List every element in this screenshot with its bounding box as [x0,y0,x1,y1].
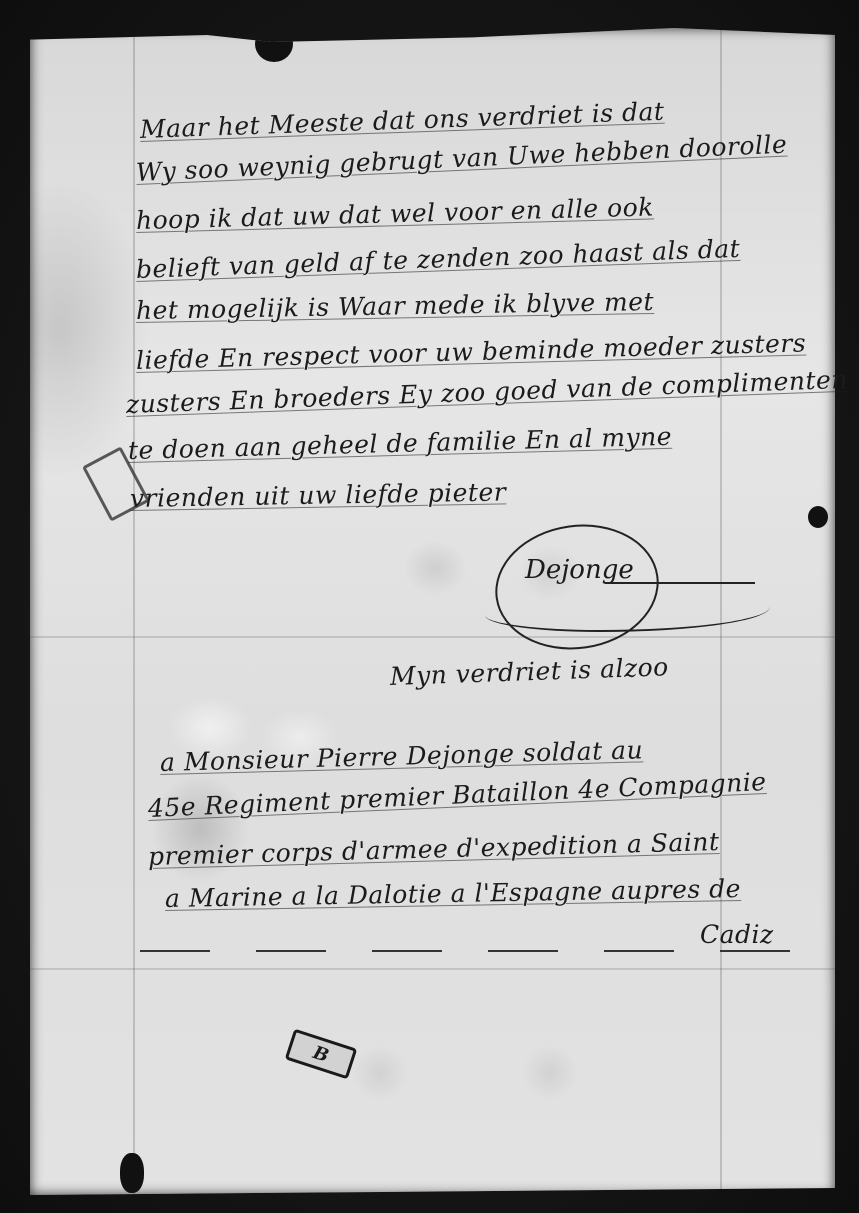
signature-underline-flourish [485,590,770,632]
signature-oval-flourish [487,514,667,660]
dash [372,950,442,952]
ink-blot [808,506,828,528]
signature-name: Dejonge [525,555,634,585]
dash [140,950,210,952]
stamp-letter: B [311,1042,332,1067]
ink-blot [120,1153,144,1193]
dash [720,950,790,952]
dash [488,950,558,952]
signature-block: Dejonge [485,520,775,655]
stamp-mark: B [285,1029,358,1080]
fold-crease-horizontal [30,968,835,970]
dash [256,950,326,952]
dashed-rule [140,950,820,952]
address-line: Cadiz [700,920,774,949]
signature-stroke [605,582,755,584]
fold-crease-vertical [133,28,135,1195]
dash [604,950,674,952]
